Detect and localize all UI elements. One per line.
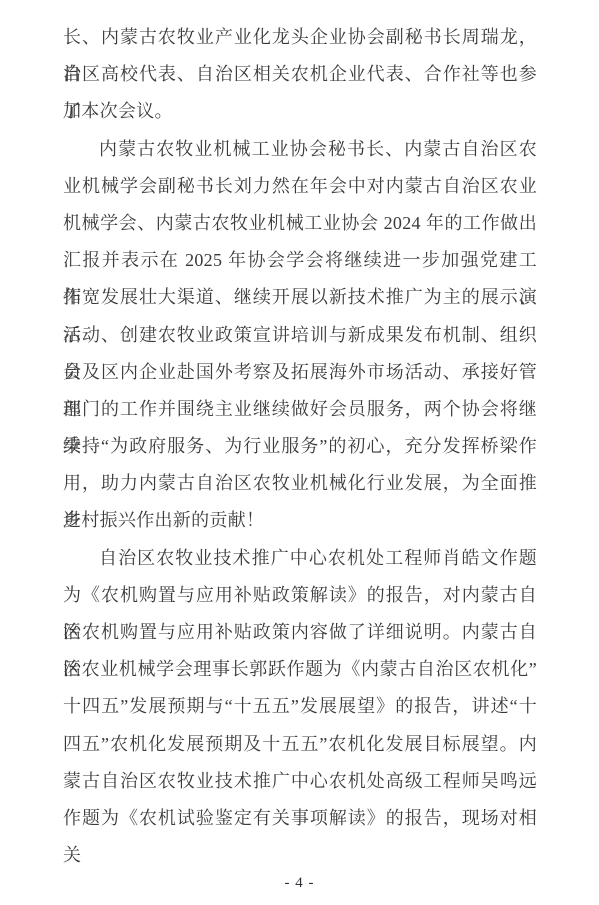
text-line: 区农机购置与应用补贴政策内容做了详细说明。内蒙古自治 — [63, 614, 537, 651]
text-line: 乡村振兴作出新的贡献！ — [63, 502, 537, 539]
text-line: 用，助力内蒙古自治区农牧业机械化行业发展，为全面推进 — [63, 465, 537, 502]
text-line: 蒙古自治区农牧业技术推广中心农机处高级工程师吴鸣远 — [63, 763, 537, 800]
text-line: 内蒙古农牧业机械工业协会秘书长、内蒙古自治区农 — [63, 131, 537, 168]
text-line: 区农业机械学会理事长郭跃作题为《内蒙古自治区农机化” — [63, 651, 537, 688]
text-line: 员及区内企业赴国外考察及拓展海外市场活动、承接好管理 — [63, 354, 537, 391]
text-line: 拓宽发展壮大渠道、继续开展以新技术推广为主的展示演示 — [63, 279, 537, 316]
document-body: 长、内蒙古农牧业产业化龙头企业协会副秘书长周瑞龙，自治区高校代表、自治区相关农机… — [0, 0, 599, 837]
text-line: 机械学会、内蒙古农牧业机械工业协会 2024 年的工作做出 — [63, 205, 537, 242]
text-line: 为《农机购置与应用补贴政策解读》的报告，对内蒙古自治 — [63, 577, 537, 614]
text-line: 活动、创建农牧业政策宣讲培训与新成果发布机制、组织会 — [63, 317, 537, 354]
document-page: 长、内蒙古农牧业产业化龙头企业协会副秘书长周瑞龙，自治区高校代表、自治区相关农机… — [0, 0, 599, 905]
text-line: 长、内蒙古农牧业产业化龙头企业协会副秘书长周瑞龙，自 — [63, 19, 537, 56]
text-line: 治区高校代表、自治区相关农机企业代表、合作社等也参加 — [63, 56, 537, 93]
text-line: 了本次会议。 — [63, 93, 537, 130]
text-line: 十四五”发展预期与“十五五”发展展望》的报告，讲述“十 — [63, 688, 537, 725]
text-line: 秉持“为政府服务、为行业服务”的初心，充分发挥桥梁作 — [63, 428, 537, 465]
text-line: 汇报并表示在 2025 年协会学会将继续进一步加强党建工作、 — [63, 242, 537, 279]
text-line: 四五”农机化发展预期及十五五”农机化发展目标展望。内 — [63, 726, 537, 763]
text-line: 业机械学会副秘书长刘力然在年会中对内蒙古自治区农业 — [63, 168, 537, 205]
text-line: 部门的工作并围绕主业继续做好会员服务，两个协会将继续 — [63, 391, 537, 428]
page-number: - 4 - — [0, 875, 599, 892]
text-line: 自治区农牧业技术推广中心农机处工程师肖皓文作题 — [63, 540, 537, 577]
text-line: 作题为《农机试验鉴定有关事项解读》的报告，现场对相关 — [63, 800, 537, 837]
